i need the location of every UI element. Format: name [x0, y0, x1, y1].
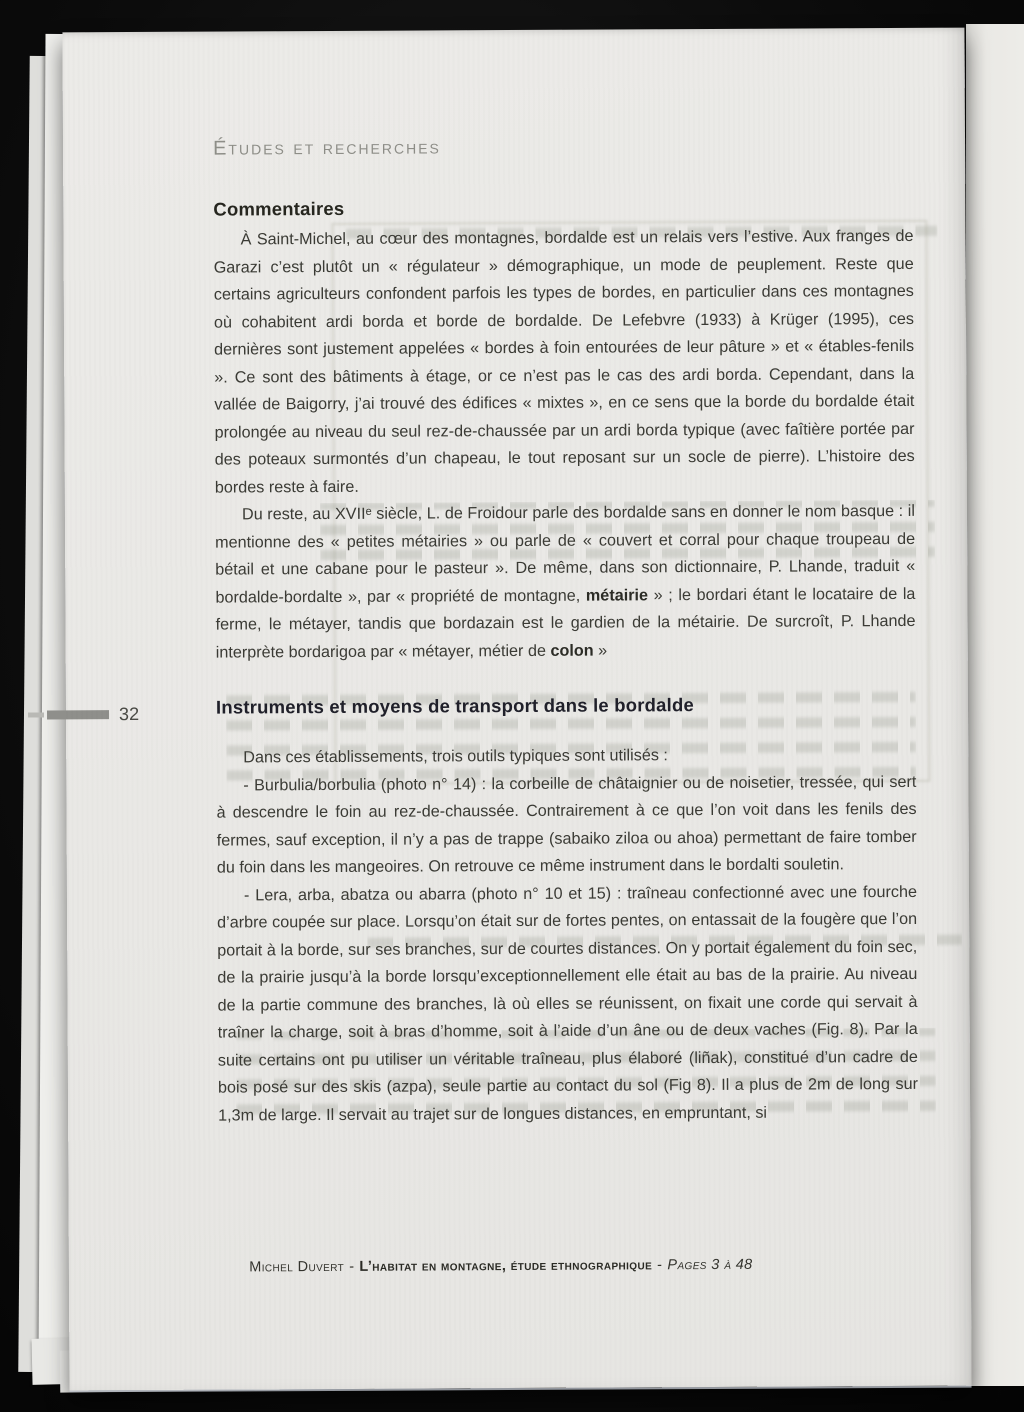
page-number-block: 32: [28, 704, 139, 726]
facing-page-fold: [966, 24, 1024, 1386]
emphasized-term: métairie: [586, 586, 648, 604]
paragraph: - Lera, arba, abatza ou abarra (photo n°…: [217, 878, 918, 1129]
page-number: 32: [119, 704, 139, 725]
text-column: Études et recherches Commentaires À Sain…: [212, 28, 918, 1130]
footer-author: Michel Duvert: [249, 1259, 344, 1275]
section-heading-commentaires: Commentaires: [213, 195, 913, 221]
section-heading-instruments: Instruments et moyens de transport dans …: [216, 693, 916, 719]
page-number-bar: [47, 710, 109, 719]
footer-work-title: L’habitat en montagne, étude ethnographi…: [359, 1257, 652, 1275]
paragraph-text: »: [594, 641, 608, 659]
paragraph: À Saint-Michel, au cœur des montagnes, b…: [213, 223, 914, 502]
book-page: 32 Études et recherches Commentaires À S…: [62, 28, 971, 1391]
page-footer: Michel Duvert-L’habitat en montagne, étu…: [69, 1256, 933, 1277]
paragraph: Du reste, au XVIIᵉ siècle, L. de Froidou…: [215, 498, 916, 667]
footer-page-range: Pages 3 à 48: [667, 1257, 752, 1273]
paragraph: - Burbulia/borbulia (photo n° 14) : la c…: [216, 768, 917, 882]
emphasized-term: colon: [550, 641, 593, 659]
paragraph: Dans ces établissements, trois outils ty…: [216, 741, 916, 772]
running-head: Études et recherches: [213, 134, 913, 161]
page-number-bar: [28, 712, 44, 717]
footer-separator: -: [657, 1257, 662, 1273]
footer-separator: -: [349, 1259, 354, 1275]
book-scan: 32 Études et recherches Commentaires À S…: [0, 0, 1024, 1412]
